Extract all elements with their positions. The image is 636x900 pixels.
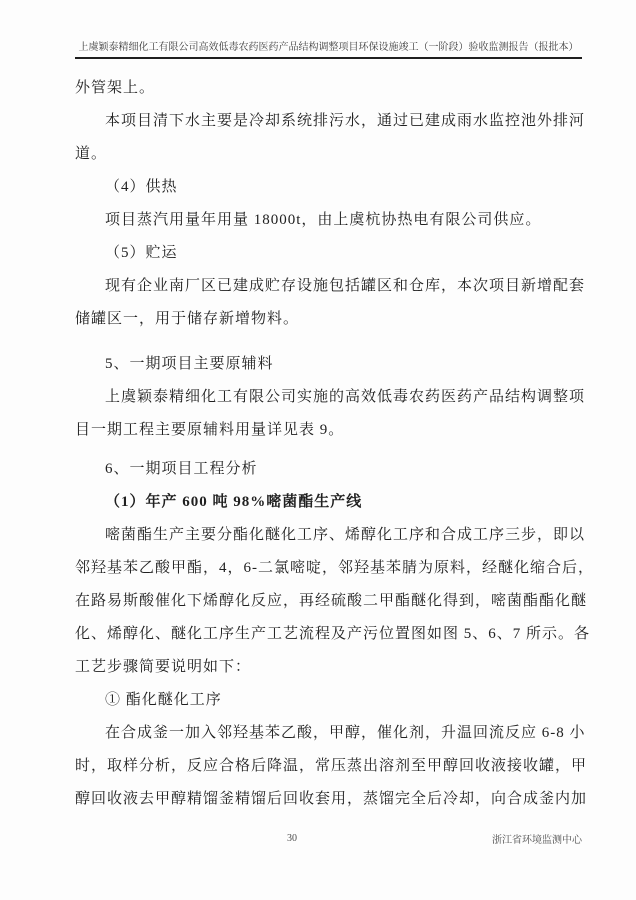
page-number: 30 [287,833,297,844]
text-line: 储罐区一，用于储存新增物料。 [75,303,582,336]
section-heading: 6、一期项目工程分析 [75,453,582,486]
text-line: 现有企业南厂区已建成贮存设施包括罐区和仓库，本次项目新增配套 [75,270,582,303]
text-line: 外管架上。 [75,72,582,105]
text-line: 道。 [75,138,582,171]
text-line: 工艺步骤简要说明如下： [75,651,582,684]
subsection-heading: （1）年产 600 吨 98%嘧菌酯生产线 [75,486,582,519]
text-line: 本项目清下水主要是冷却系统排污水，通过已建成雨水监控池外排河 [75,105,582,138]
page-body: 外管架上。 本项目清下水主要是冷却系统排污水，通过已建成雨水监控池外排河 道。 … [75,72,582,816]
text-line: 上虞颖泰精细化工有限公司实施的高效低毒农药医药产品结构调整项 [75,381,582,414]
text-line: 目一期工程主要原辅料用量详见表 9。 [75,414,582,447]
text-line: 醇回收液去甲醇精馏釜精馏后回收套用，蒸馏完全后冷却，向合成釜内加 [75,783,582,816]
page-footer: 30 浙江省环境监测中心 [75,831,582,846]
document-page: 上虞颖泰精细化工有限公司高效低毒农药医药产品结构调整项目环保设施竣工（一阶段）验… [0,0,636,900]
list-item-heading: ① 酯化醚化工序 [75,684,582,717]
text-line: 邻羟基苯乙酸甲酯，4，6-二氯嘧啶，邻羟基苯腈为原料，经醚化缩合后， [75,552,582,585]
text-line: 在合成釜一加入邻羟基苯乙酸，甲醇，催化剂，升温回流反应 6-8 小 [75,717,582,750]
text-line: （5）贮运 [75,237,582,270]
text-line: 化、烯醇化、醚化工序生产工艺流程及产污位置图如图 5、6、7 所示。各 [75,618,582,651]
footer-organization: 浙江省环境监测中心 [492,831,582,846]
text-line: 时，取样分析，反应合格后降温，常压蒸出溶剂至甲醇回收液接收罐，甲 [75,750,582,783]
text-line: 项目蒸汽用量年用量 18000t，由上虞杭协热电有限公司供应。 [75,204,582,237]
text-line: 嘧菌酯生产主要分酯化醚化工序、烯醇化工序和合成工序三步，即以 [75,519,582,552]
running-header: 上虞颖泰精细化工有限公司高效低毒农药医药产品结构调整项目环保设施竣工（一阶段）验… [75,38,582,59]
text-line: 在路易斯酸催化下烯醇化反应，再经硫酸二甲酯醚化得到，嘧菌酯酯化醚 [75,585,582,618]
text-line: （4）供热 [75,171,582,204]
section-heading: 5、一期项目主要原辅料 [75,348,582,381]
